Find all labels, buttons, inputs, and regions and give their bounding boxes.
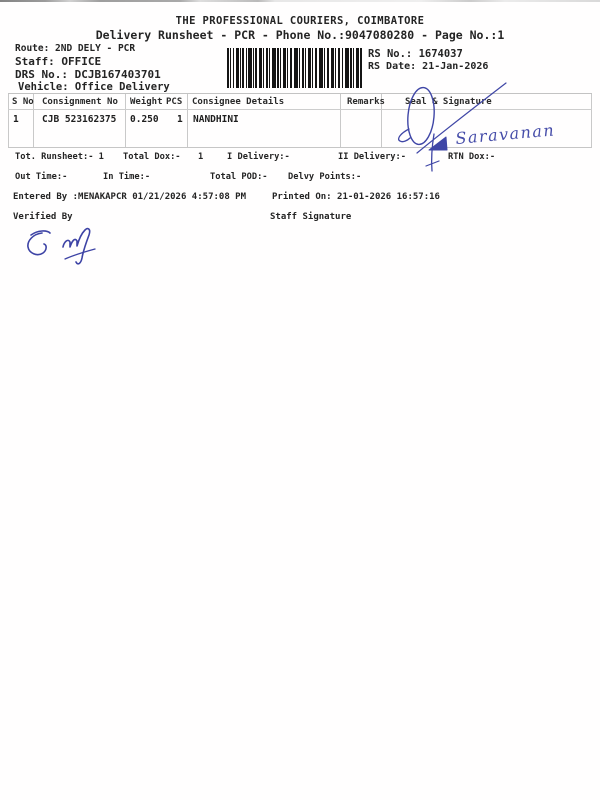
delvy-points: Delvy Points:- [288,172,361,182]
document-subtitle: Delivery Runsheet - PCR - Phone No.:9047… [0,28,600,42]
rs-no-line: RS No.: 1674037 [368,48,463,60]
total-dox-label: Total Dox:- [123,152,181,162]
tot-runsheet: Tot. Runsheet:- 1 [15,152,104,162]
staff-signature-label: Staff Signature [270,212,351,222]
staff-line: Staff: OFFICE [15,55,101,68]
cell-consignee: NANDHINI [193,114,239,125]
table-header-separator [8,109,592,110]
cell-weight: 0.250 [130,114,159,125]
verified-by-signature-ink [28,229,95,264]
col-header-sno: S No [12,97,34,107]
rs-date-line: RS Date: 21-Jan-2026 [368,61,488,72]
document-page: THE PROFESSIONAL COURIERS, COIMBATORE De… [0,0,600,800]
col-header-consignment: Consignment No [42,97,118,107]
drs-no-line: DRS No.: DCJB167403701 [15,68,161,81]
cell-sno: 1 [13,114,19,125]
scanner-edge-artifact [0,0,600,2]
table-divider [187,94,188,147]
table-divider [340,94,341,147]
total-pod: Total POD:- [210,172,268,182]
route-line: Route: 2ND DELY - PCR [15,43,135,54]
consignment-table: S No Consignment No Weight PCS Consignee… [8,93,592,148]
table-border-left [8,94,9,147]
total-dox-value: 1 [198,152,203,162]
table-border-right [591,94,592,147]
document-title: THE PROFESSIONAL COURIERS, COIMBATORE [0,15,600,27]
cell-pcs: 1 [177,114,183,125]
ii-delivery: II Delivery:- [338,152,406,162]
table-divider [125,94,126,147]
col-header-consignee: Consignee Details [192,97,284,107]
printed-on-line: Printed On: 21-01-2026 16:57:16 [272,192,440,202]
entered-by-line: Entered By :MENAKAPCR 01/21/2026 4:57:08… [13,192,246,202]
rtn-dox: RTN Dox:- [448,152,495,162]
col-header-seal: Seal & Signature [405,97,492,107]
col-header-weight: Weight [130,97,163,107]
in-time: In Time:- [103,172,150,182]
col-header-pcs: PCS [166,97,182,107]
verified-by-label: Verified By [13,212,73,222]
barcode [227,48,362,88]
i-delivery: I Delivery:- [227,152,290,162]
col-header-remarks: Remarks [347,97,385,107]
vehicle-line: Vehicle: Office Delivery [18,81,170,93]
cell-consignment: CJB 523162375 [42,114,116,125]
out-time: Out Time:- [15,172,67,182]
